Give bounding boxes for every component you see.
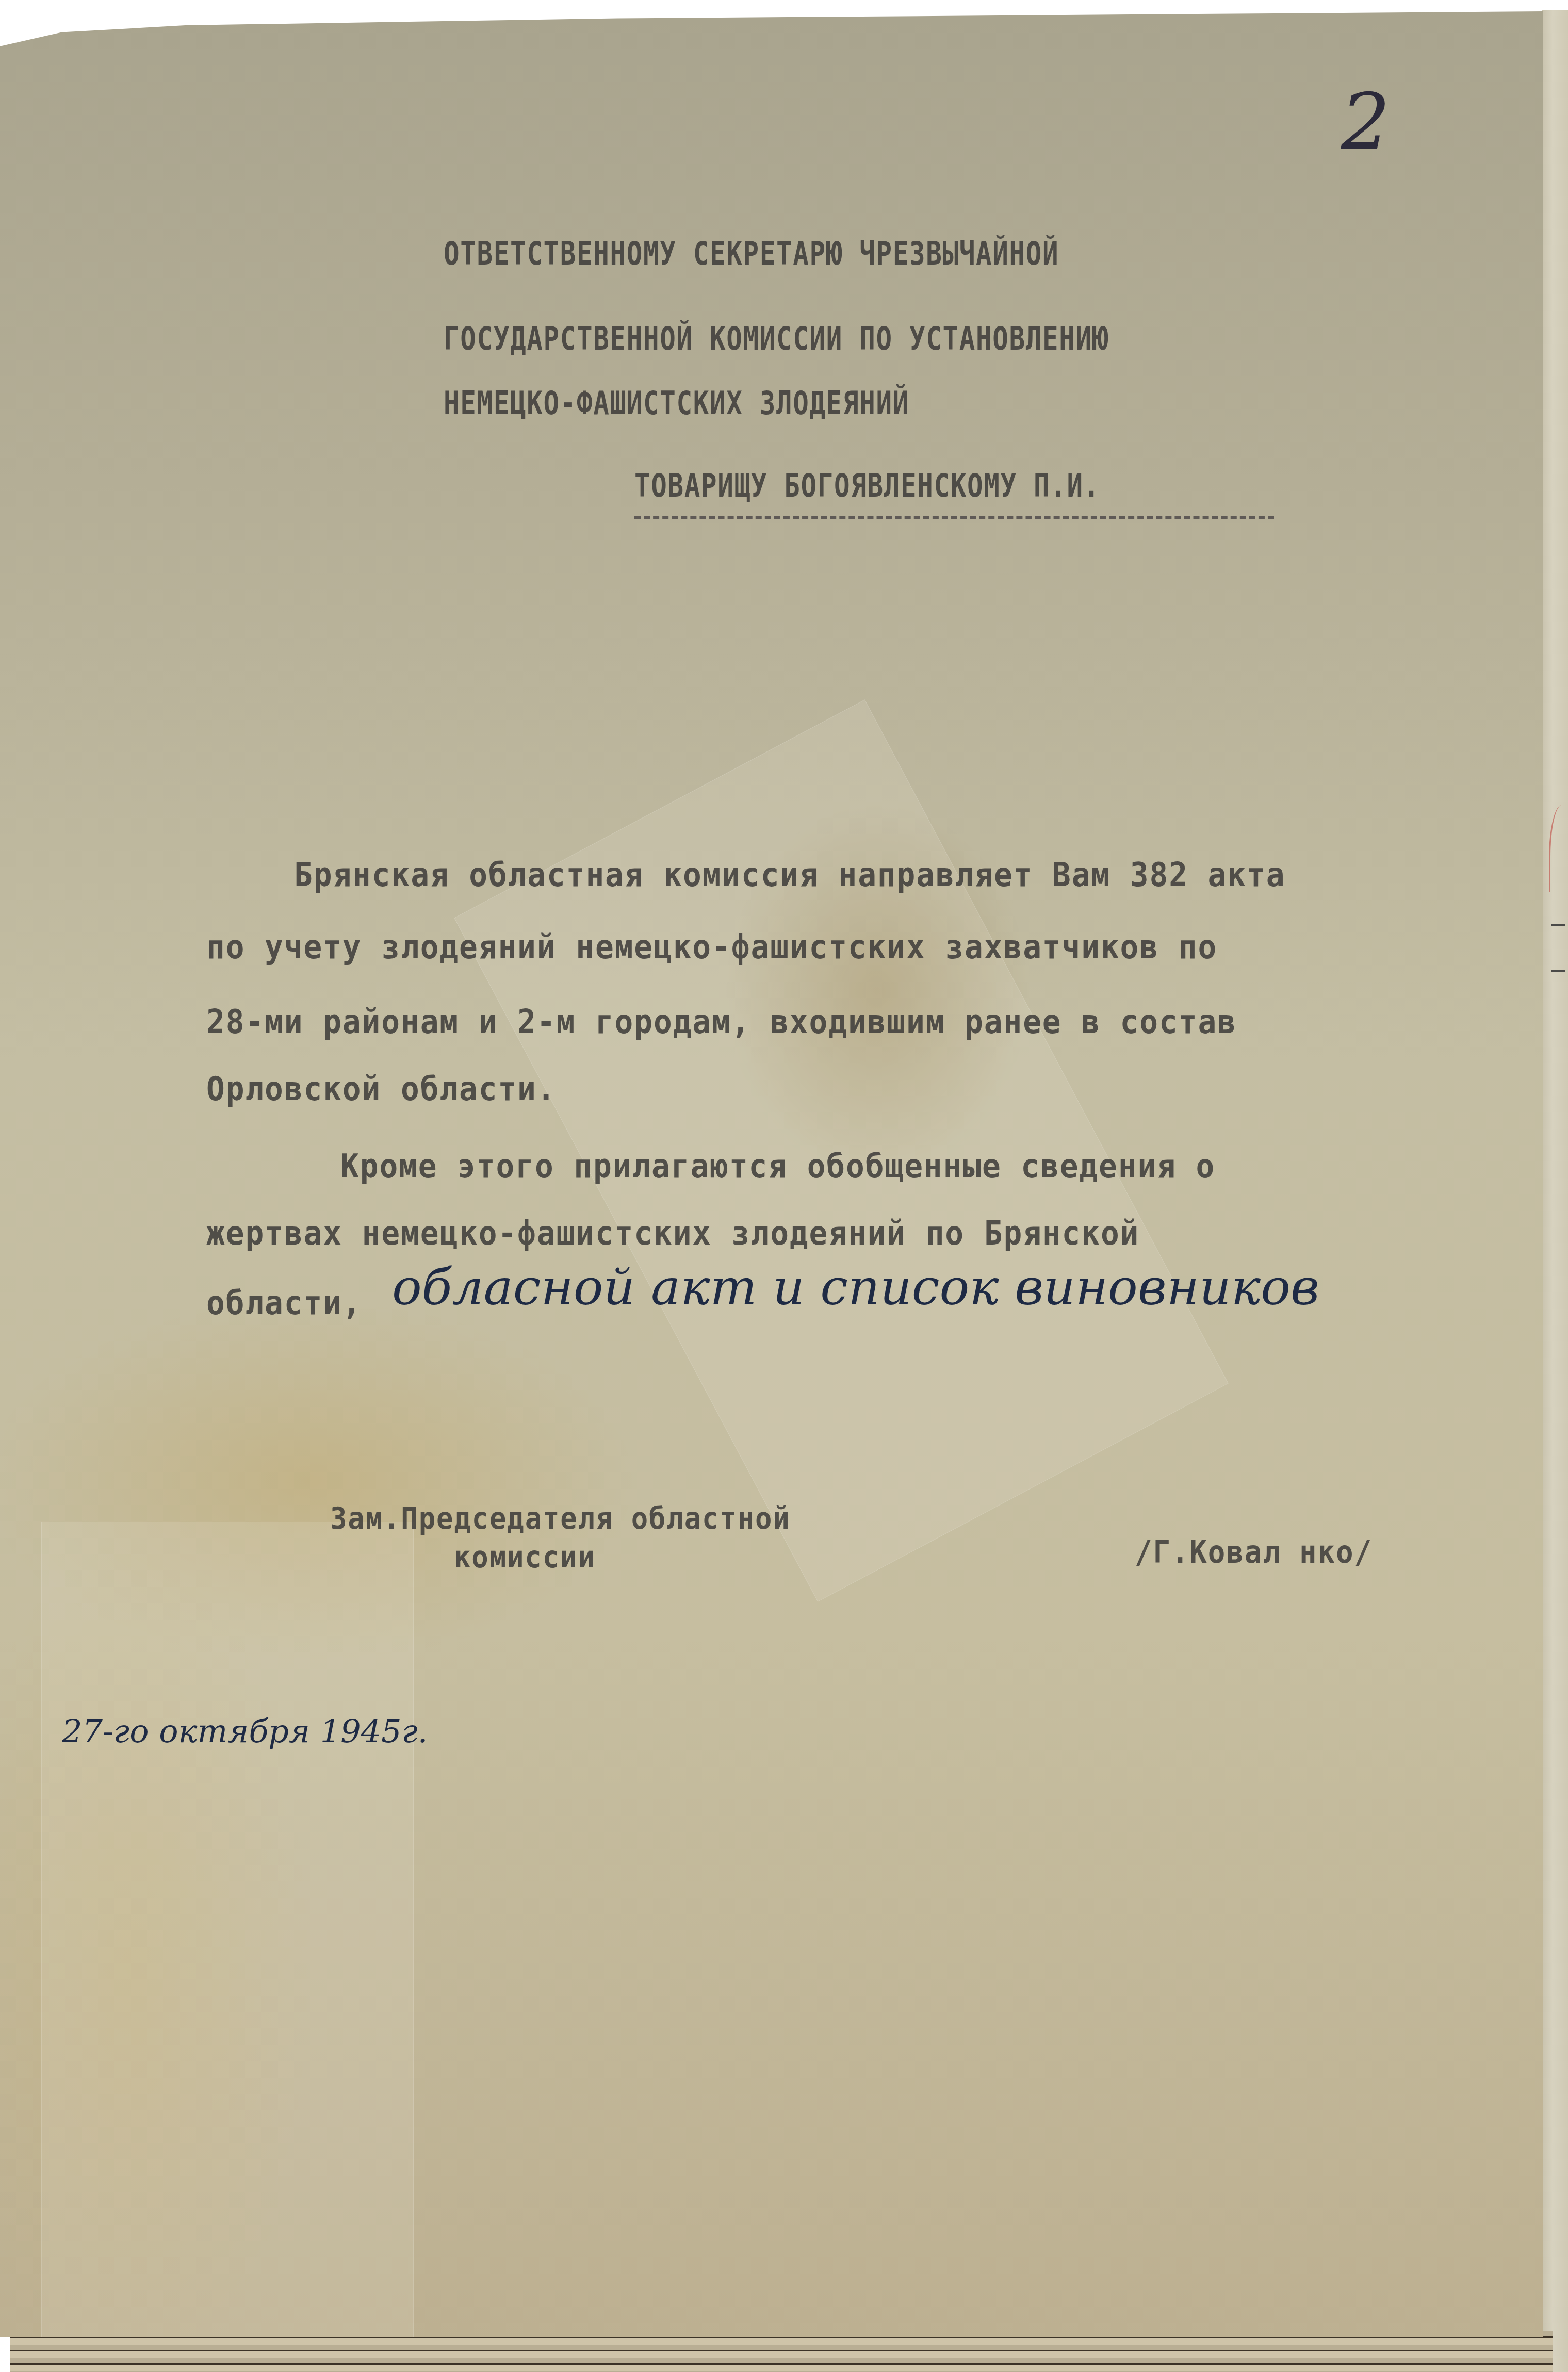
- addressee-line: ГОСУДАРСТВЕННОЙ КОМИССИИ ПО УСТАНОВЛЕНИЮ: [444, 320, 1109, 357]
- signatory-title: Зам.Председателя областной: [330, 1501, 791, 1536]
- body-line: области,: [206, 1284, 362, 1322]
- handwritten-date: 27-го октября 1945г.: [62, 1712, 428, 1750]
- body-line: по учету злодеяний немецко-фашистских за…: [206, 928, 1217, 967]
- body-line: Кроме этого прилагаются обобщенные сведе…: [340, 1148, 1215, 1186]
- body-line: жертвах немецко-фашистских злодеяний по …: [206, 1215, 1139, 1253]
- body-line: Брянская областная комиссия направляет В…: [294, 856, 1285, 894]
- repair-tape: [41, 1522, 414, 2337]
- edge-tick-mark: [1551, 924, 1565, 926]
- addressee-line: ТОВАРИЩУ БОГОЯВЛЕНСКОМУ П.И.: [634, 467, 1100, 504]
- addressee-underline: [634, 516, 1274, 519]
- edge-tick-mark: [1551, 970, 1565, 972]
- addressee-line: ОТВЕТСТВЕННОМУ СЕКРЕТАРЮ ЧРЕЗВЫЧАЙНОЙ: [444, 235, 1059, 272]
- signatory-title: комиссии: [454, 1540, 596, 1575]
- body-line: 28-ми районам и 2-м городам, входившим р…: [206, 1003, 1237, 1041]
- page-number: 2: [1341, 77, 1390, 167]
- body-line: Орловской области.: [206, 1070, 556, 1108]
- underlying-sheet-edge: [1542, 10, 1568, 2372]
- addressee-line: НЕМЕЦКО-ФАШИСТСКИХ ЗЛОДЕЯНИЙ: [444, 384, 909, 422]
- handwritten-addition: обласной акт и список виновников: [392, 1258, 1319, 1316]
- signatory-name: /Г.Ковал нко/: [1135, 1534, 1373, 1571]
